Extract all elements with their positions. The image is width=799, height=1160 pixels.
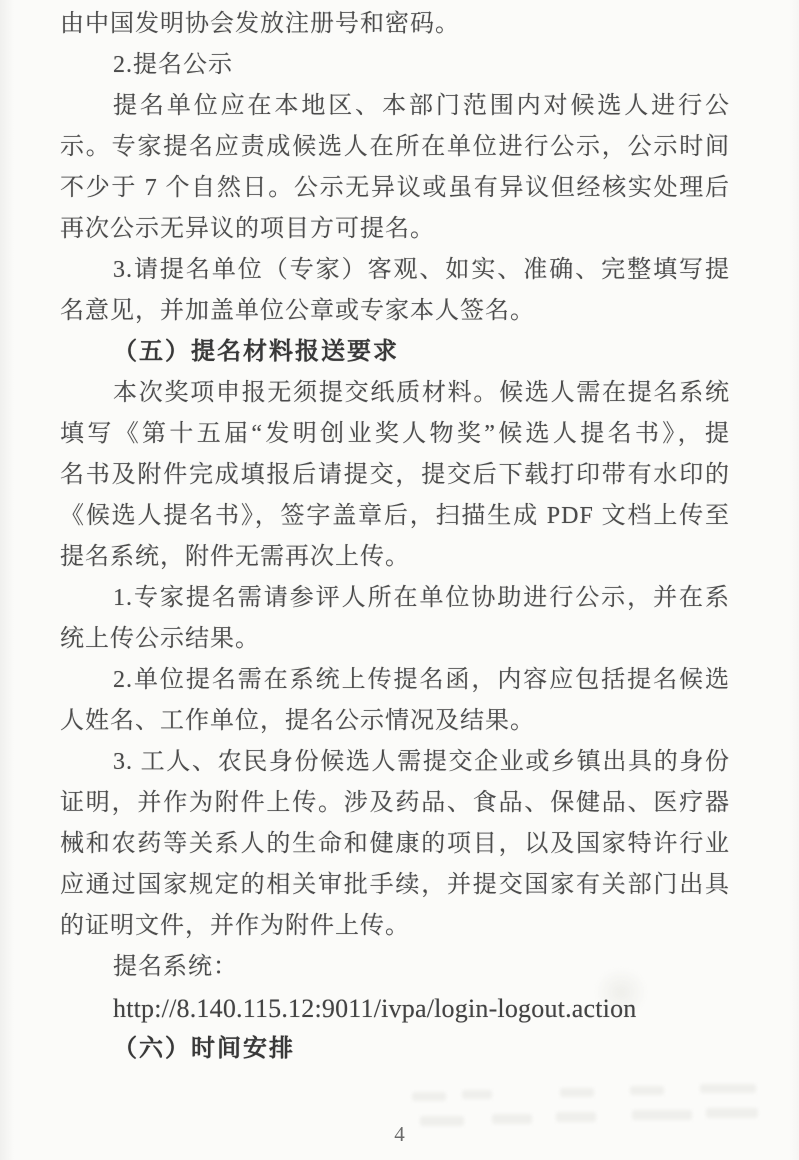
text-line: 人姓名、工作单位，提名公示情况及结果。 <box>60 701 730 742</box>
text-line: 1.专家提名需请参评人所在单位协助进行公示，并在系 <box>60 578 730 619</box>
text-line: 再次公示无异议的项目方可提名。 <box>60 209 730 250</box>
bleedthrough-mark <box>462 1090 492 1099</box>
section-heading: （五）提名材料报送要求 <box>60 332 730 373</box>
text-line: 2.单位提名需在系统上传提名函，内容应包括提名候选 <box>60 660 730 701</box>
bleedthrough-mark <box>412 1092 446 1101</box>
bleedthrough-mark <box>560 1088 594 1097</box>
text-line: 不少于 7 个自然日。公示无异议或虽有异议但经核实处理后 <box>60 168 730 209</box>
page-number: 4 <box>0 1122 799 1147</box>
bleedthrough-mark <box>632 1110 692 1120</box>
scanned-document-page: 由中国发明协会发放注册号和密码。2.提名公示提名单位应在本地区、本部门范围内对候… <box>0 0 799 1160</box>
text-line: 提名系统： <box>60 947 730 988</box>
text-line: 《候选人提名书》，签字盖章后，扫描生成 PDF 文档上传至 <box>60 496 730 537</box>
text-line: 示。专家提名应责成候选人在所在单位进行公示，公示时间 <box>60 127 730 168</box>
bleedthrough-mark <box>700 1084 756 1093</box>
text-line: 3.请提名单位（专家）客观、如实、准确、完整填写提 <box>60 250 730 291</box>
text-line: 的证明文件，并作为附件上传。 <box>60 906 730 947</box>
text-line: 证明，并作为附件上传。涉及药品、食品、保健品、医疗器 <box>60 783 730 824</box>
text-line: 应通过国家规定的相关审批手续，并提交国家有关部门出具 <box>60 865 730 906</box>
nomination-system-url: http://8.140.115.12:9011/ivpa/login-logo… <box>60 988 730 1029</box>
text-line: 由中国发明协会发放注册号和密码。 <box>60 4 730 45</box>
text-line: 填写《第十五届“发明创业奖人物奖”候选人提名书》，提 <box>60 414 730 455</box>
text-line: 械和农药等关系人的生命和健康的项目，以及国家特许行业 <box>60 824 730 865</box>
document-body: 由中国发明协会发放注册号和密码。2.提名公示提名单位应在本地区、本部门范围内对候… <box>60 4 730 1070</box>
bleedthrough-mark <box>630 1086 664 1095</box>
text-line: 名书及附件完成填报后请提交，提交后下载打印带有水印的 <box>60 455 730 496</box>
text-line: 名意见，并加盖单位公章或专家本人签名。 <box>60 291 730 332</box>
text-line: 提名系统，附件无需再次上传。 <box>60 537 730 578</box>
text-line: 2.提名公示 <box>60 45 730 86</box>
bleedthrough-mark <box>706 1108 758 1118</box>
bleedthrough-mark <box>556 1112 596 1122</box>
text-line: 本次奖项申报无须提交纸质材料。候选人需在提名系统 <box>60 373 730 414</box>
text-line: 3. 工人、农民身份候选人需提交企业或乡镇出具的身份 <box>60 742 730 783</box>
text-line: 统上传公示结果。 <box>60 619 730 660</box>
section-heading: （六）时间安排 <box>60 1029 730 1070</box>
text-line: 提名单位应在本地区、本部门范围内对候选人进行公 <box>60 86 730 127</box>
